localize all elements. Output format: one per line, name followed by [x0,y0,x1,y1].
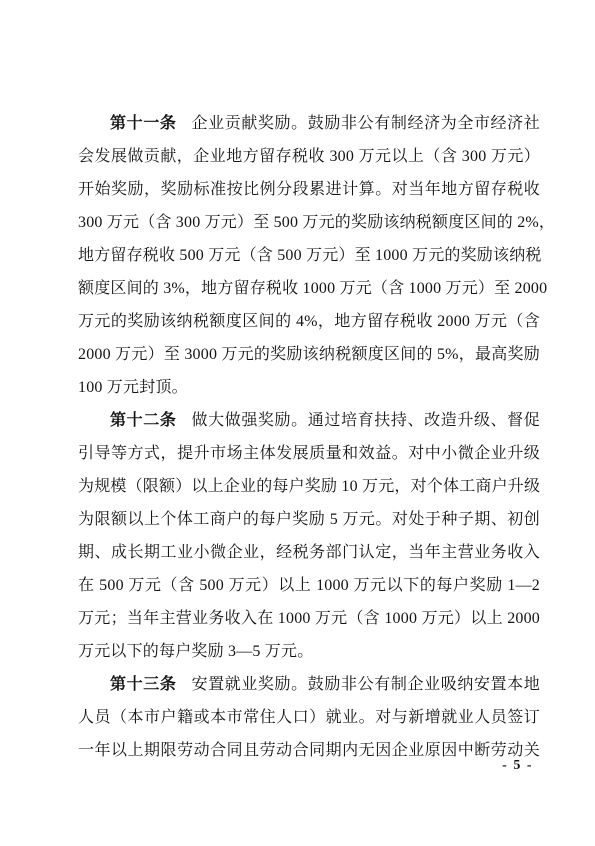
text-line: 万元；当年主营业务收入在 1000 万元（含 1000 万元）以上 2000 [78,602,540,635]
text-line-article-13-heading: 第十三条安置就业奖励。鼓励非公有制企业吸纳安置本地 [78,668,540,701]
text-line: 人员（本市户籍或本市常住人口）就业。对与新增就业人员签订 [78,701,540,734]
text-line: 100 万元封顶。 [78,371,540,404]
text-line-article-12-heading: 第十二条做大做强奖励。通过培育扶持、改造升级、督促 [78,404,540,437]
text-line: 在 500 万元（含 500 万元）以上 1000 万元以下的每户奖励 1—2 [78,569,540,602]
text-line: 会发展做贡献，企业地方留存税收 300 万元以上（含 300 万元） [78,140,540,173]
text-line-article-11-heading: 第十一条企业贡献奖励。鼓励非公有制经济为全市经济社 [78,107,540,140]
document-body: 第十一条企业贡献奖励。鼓励非公有制经济为全市经济社 会发展做贡献，企业地方留存税… [78,107,540,767]
text-line: 引导等方式，提升市场主体发展质量和效益。对中小微企业升级 [78,437,540,470]
text-line: 万元的奖励该纳税额度区间的 4%，地方留存税收 2000 万元（含 [78,305,540,338]
article-number: 第十三条 [110,676,176,693]
text-line: 300 万元（含 300 万元）至 500 万元的奖励该纳税额度区间的 2%， [78,206,540,239]
text-line: 开始奖励，奖励标准按比例分段累进计算。对当年地方留存税收 [78,173,540,206]
text-line: 安置就业奖励。鼓励非公有制企业吸纳安置本地 [191,676,540,693]
page-number: - 5 - [502,758,533,774]
text-line: 一年以上期限劳动合同且劳动合同期内无因企业原因中断劳动关 [78,734,540,767]
text-line: 额度区间的 3%，地方留存税收 1000 万元（含 1000 万元）至 2000 [78,272,540,305]
text-line: 为规模（限额）以上企业的每户奖励 10 万元，对个体工商户升级 [78,470,540,503]
document-page: 第十一条企业贡献奖励。鼓励非公有制经济为全市经济社 会发展做贡献，企业地方留存税… [0,0,595,846]
text-line: 2000 万元）至 3000 万元的奖励该纳税额度区间的 5%，最高奖励 [78,338,540,371]
text-line: 企业贡献奖励。鼓励非公有制经济为全市经济社 [191,115,540,132]
text-line: 万元以下的每户奖励 3—5 万元。 [78,635,540,668]
text-line: 地方留存税收 500 万元（含 500 万元）至 1000 万元的奖励该纳税 [78,239,540,272]
text-line: 做大做强奖励。通过培育扶持、改造升级、督促 [191,412,540,429]
text-line: 期、成长期工业小微企业，经税务部门认定，当年主营业务收入 [78,536,540,569]
text-line: 为限额以上个体工商户的每户奖励 5 万元。对处于种子期、初创 [78,503,540,536]
article-number: 第十二条 [110,412,176,429]
article-number: 第十一条 [110,115,176,132]
